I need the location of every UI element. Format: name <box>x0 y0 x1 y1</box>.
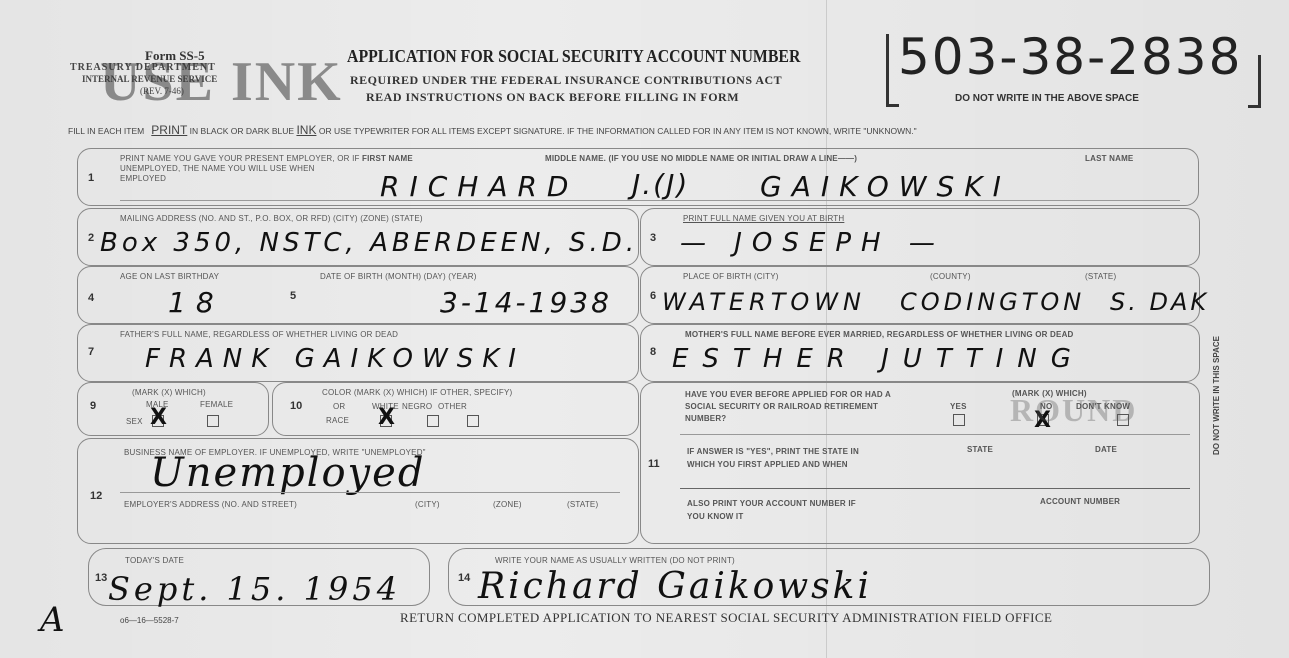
field-13-label: TODAY'S DATE <box>125 556 184 565</box>
acct-prompt: ALSO PRINT YOUR ACCOUNT NUMBER IF YOU KN… <box>687 497 857 523</box>
employer-state-label: (STATE) <box>567 500 598 509</box>
employer-value[interactable]: Unemployed <box>150 450 425 496</box>
field-8-number: 8 <box>650 346 656 358</box>
form-subtitle-1: REQUIRED UNDER THE FEDERAL INSURANCE CON… <box>350 73 782 88</box>
mother-name-value[interactable]: ESTHER JUTTING <box>672 344 1085 374</box>
field-8-label: MOTHER'S FULL NAME BEFORE EVER MARRIED, … <box>685 330 1074 339</box>
birth-state-label: (STATE) <box>1085 272 1116 281</box>
birth-county-label: (COUNTY) <box>930 272 971 281</box>
birth-state-value[interactable]: S. DAK <box>1110 288 1209 316</box>
race-negro-label: NEGRO <box>402 402 432 411</box>
signature-value[interactable]: Richard Gaikowski <box>478 566 872 607</box>
todays-date-value[interactable]: Sept. 15. 1954 <box>108 570 401 608</box>
employer-city-label: (CITY) <box>415 500 440 509</box>
prior-date-label: DATE <box>1095 445 1117 454</box>
birth-name-value[interactable]: — JOSEPH — <box>680 228 945 258</box>
race-other-label: OTHER <box>438 402 467 411</box>
first-name-label: FIRST NAME <box>362 154 413 163</box>
field-10-label: COLOR (MARK (X) WHICH) IF OTHER, SPECIFY… <box>322 388 512 397</box>
field-5-number: 5 <box>290 290 296 302</box>
race-label: RACE <box>326 416 349 425</box>
account-number: 503-38-2838 <box>898 28 1242 86</box>
race-negro-checkbox[interactable] <box>427 415 439 427</box>
first-name-value[interactable]: RICHARD <box>380 170 579 203</box>
return-note: RETURN COMPLETED APPLICATION TO NEAREST … <box>400 610 1052 626</box>
field-4-number: 4 <box>88 292 94 304</box>
last-name-value[interactable]: GAIKOWSKI <box>760 170 1011 203</box>
instructions-ink: INK <box>296 123 316 137</box>
field-1-label: PRINT NAME YOU GAVE YOUR PRESENT EMPLOYE… <box>120 154 360 184</box>
field-9-label: (MARK (X) WHICH) <box>132 388 206 397</box>
form-title: APPLICATION FOR SOCIAL SECURITY ACCOUNT … <box>347 46 800 67</box>
field-14-number: 14 <box>458 572 470 584</box>
field-14-label: WRITE YOUR NAME AS USUALLY WRITTEN (DO N… <box>495 556 735 565</box>
field-1-number: 1 <box>88 172 94 184</box>
employer-address-label: EMPLOYER'S ADDRESS (NO. AND STREET) <box>124 500 297 509</box>
field-3-number: 3 <box>650 232 656 244</box>
instructions-print: PRINT <box>151 123 187 137</box>
use-ink-stamp: USE INK <box>100 50 343 114</box>
field-7-label: FATHER'S FULL NAME, REGARDLESS OF WHETHE… <box>120 330 398 339</box>
instructions-part2: IN BLACK OR DARK BLUE <box>190 126 294 136</box>
field-1-line <box>120 200 1180 201</box>
field-12-number: 12 <box>90 490 102 502</box>
field-2-label: MAILING ADDRESS (NO. AND ST., P.O. BOX, … <box>120 214 423 223</box>
date-of-birth-value[interactable]: 3-14-1938 <box>440 286 612 319</box>
last-name-label: LAST NAME <box>1085 154 1133 163</box>
sex-female-label: FEMALE <box>200 400 233 409</box>
field-10-number: 10 <box>290 400 302 412</box>
instructions: FILL IN EACH ITEM PRINT IN BLACK OR DARK… <box>68 123 917 137</box>
form-subtitle-2: READ INSTRUCTIONS ON BACK BEFORE FILLING… <box>366 90 739 105</box>
ss5-form-document: Form SS-5 TREASURY DEPARTMENT INTERNAL R… <box>0 0 1289 658</box>
field-3-label: PRINT FULL NAME GIVEN YOU AT BIRTH <box>683 214 844 223</box>
prior-state-label: STATE <box>967 445 993 454</box>
prior-account-number-label: ACCOUNT NUMBER <box>1040 497 1120 506</box>
prior-yes-label: YES <box>950 402 967 411</box>
field-4-label: AGE ON LAST BIRTHDAY <box>120 272 219 281</box>
middle-name-value[interactable]: J.(J) <box>632 168 689 201</box>
field-7-number: 7 <box>88 346 94 358</box>
field-9-number: 9 <box>90 400 96 412</box>
prior-yes-checkbox[interactable] <box>953 414 965 426</box>
employer-zone-label: (ZONE) <box>493 500 522 509</box>
account-note: DO NOT WRITE IN THE ABOVE SPACE <box>955 93 1139 104</box>
birth-city-value[interactable]: WATERTOWN <box>662 288 866 316</box>
acct-bracket-right <box>1248 55 1261 108</box>
field-12-line <box>120 492 620 493</box>
sex-label: SEX <box>126 417 143 426</box>
mailing-address-value[interactable]: Box 350, NSTC, ABERDEEN, S.D. <box>100 228 638 258</box>
race-other-checkbox[interactable] <box>467 415 479 427</box>
field-11-question: HAVE YOU EVER BEFORE APPLIED FOR OR HAD … <box>685 389 900 425</box>
round-stamp: ROUND <box>1010 392 1137 429</box>
instructions-part3: OR USE TYPEWRITER FOR ALL ITEMS EXCEPT S… <box>319 126 917 136</box>
middle-name-label: MIDDLE NAME. (IF YOU USE NO MIDDLE NAME … <box>545 154 857 163</box>
field-11-divider-1 <box>680 434 1190 435</box>
birth-county-value[interactable]: CODINGTON <box>900 288 1085 316</box>
sex-male-mark: X <box>150 405 167 430</box>
field-6-number: 6 <box>650 290 656 302</box>
field-11-divider-2 <box>680 488 1190 489</box>
print-code: o6—16—5528-7 <box>120 616 179 625</box>
race-white-mark: X <box>378 405 395 430</box>
field-2-number: 2 <box>88 232 94 244</box>
side-note: DO NOT WRITE IN THIS SPACE <box>1212 336 1221 455</box>
field-13-number: 13 <box>95 572 107 584</box>
father-name-value[interactable]: FRANK GAIKOWSKI <box>145 344 525 374</box>
field-5-label: DATE OF BIRTH (MONTH) (DAY) (YEAR) <box>320 272 477 281</box>
birth-city-label: PLACE OF BIRTH (CITY) <box>683 272 779 281</box>
age-value[interactable]: 18 <box>168 286 224 319</box>
field-11-if-yes: IF ANSWER IS "YES", PRINT THE STATE IN W… <box>687 445 872 471</box>
instructions-part1: FILL IN EACH ITEM <box>68 126 144 136</box>
sex-female-checkbox[interactable] <box>207 415 219 427</box>
margin-mark: A <box>40 600 65 640</box>
race-or-label: OR <box>333 402 345 411</box>
field-11-number: 11 <box>648 458 660 470</box>
